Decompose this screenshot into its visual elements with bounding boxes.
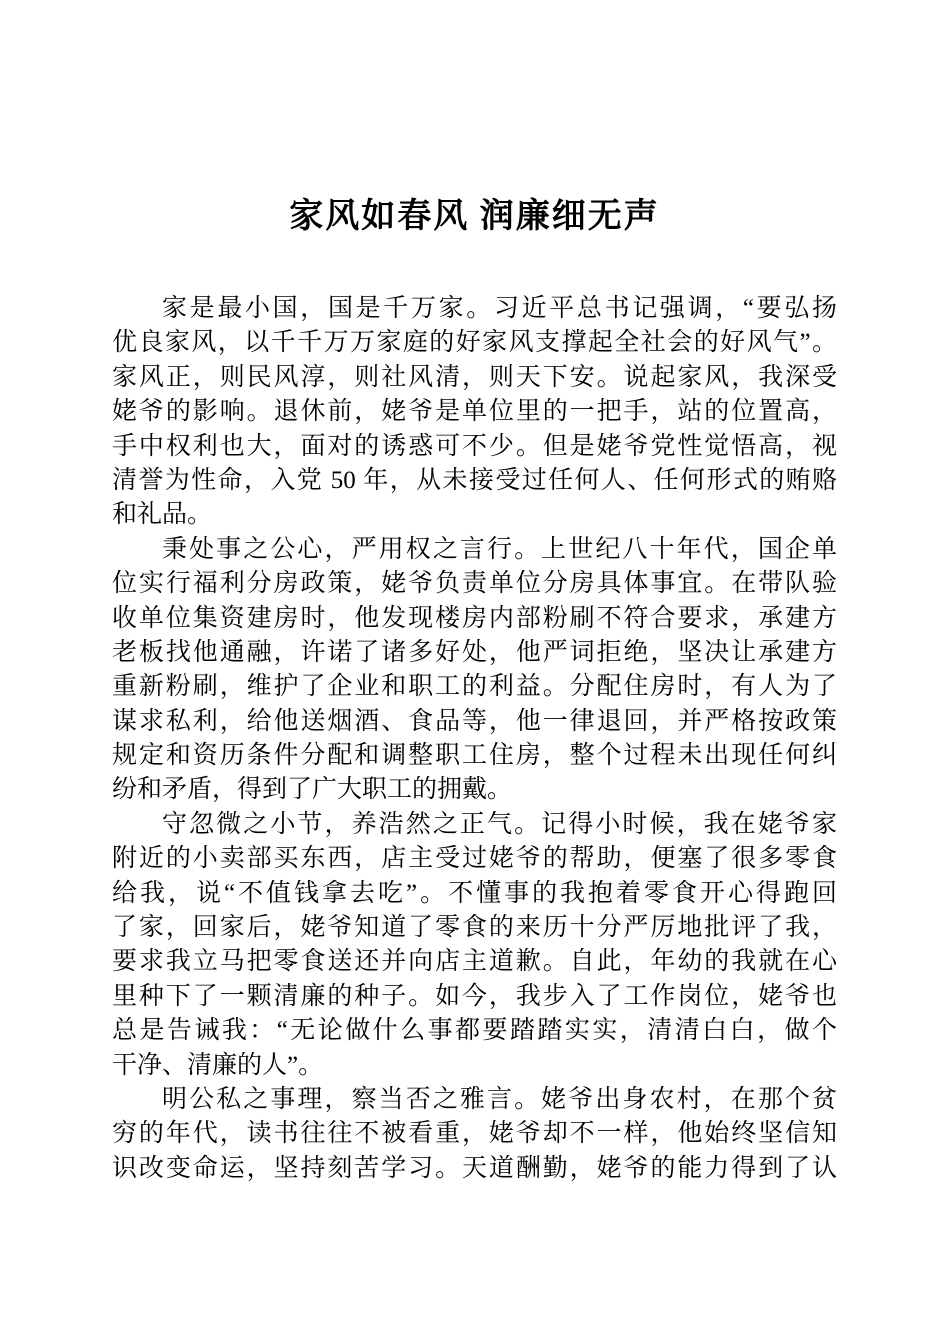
text-line: 识改变命运，坚持刻苦学习。天道酬勤，姥爷的能力得到了认 bbox=[112, 1152, 837, 1186]
text-line: 收单位集资建房时，他发现楼房内部粉刷不符合要求，承建方 bbox=[112, 602, 837, 636]
document-title: 家风如春风 润廉细无声 bbox=[112, 0, 837, 239]
text-line: 规定和资历条件分配和调整职工住房，整个过程未出现任何纠 bbox=[112, 739, 837, 773]
text-line: 明公私之事理，察当否之雅言。姥爷出身农村，在那个贫 bbox=[112, 1083, 837, 1117]
text-line: 总是告诫我：“无论做什么事都要踏踏实实，清清白白，做个 bbox=[112, 1014, 837, 1048]
text-line: 谋求私利，给他送烟酒、食品等，他一律退回，并严格按政策 bbox=[112, 705, 837, 739]
document-page: 家风如春风 润廉细无声 家是最小国，国是千万家。习近平总书记强调，“要弘扬优良家… bbox=[0, 0, 950, 1186]
text-line: 位实行福利分房政策，姥爷负责单位分房具体事宜。在带队验 bbox=[112, 567, 837, 601]
text-line: 清誉为性命，入党 50 年，从未接受过任何人、任何形式的贿赂 bbox=[112, 464, 837, 498]
text-line: 家是最小国，国是千万家。习近平总书记强调，“要弘扬 bbox=[112, 292, 837, 326]
text-line: 优良家风，以千千万万家庭的好家风支撑起全社会的好风气”。 bbox=[112, 326, 837, 360]
text-line: 纷和矛盾，得到了广大职工的拥戴。 bbox=[112, 773, 837, 807]
text-line: 和礼品。 bbox=[112, 498, 837, 532]
text-line: 重新粉刷，维护了企业和职工的利益。分配住房时，有人为了 bbox=[112, 670, 837, 704]
text-line: 家风正，则民风淳，则社风清，则天下安。说起家风，我深受 bbox=[112, 361, 837, 395]
text-line: 老板找他通融，许诺了诸多好处，他严词拒绝，坚决让承建方 bbox=[112, 636, 837, 670]
text-line: 附近的小卖部买东西，店主受过姥爷的帮助，便塞了很多零食 bbox=[112, 842, 837, 876]
text-line: 守忽微之小节，养浩然之正气。记得小时候，我在姥爷家 bbox=[112, 808, 837, 842]
text-line: 要求我立马把零食送还并向店主道歉。自此，年幼的我就在心 bbox=[112, 945, 837, 979]
text-line: 了家，回家后，姥爷知道了零食的来历十分严厉地批评了我， bbox=[112, 911, 837, 945]
text-line: 里种下了一颗清廉的种子。如今，我步入了工作岗位，姥爷也 bbox=[112, 980, 837, 1014]
text-line: 手中权利也大，面对的诱惑可不少。但是姥爷党性觉悟高，视 bbox=[112, 430, 837, 464]
text-line: 秉处事之公心，严用权之言行。上世纪八十年代，国企单 bbox=[112, 533, 837, 567]
text-line: 姥爷的影响。退休前，姥爷是单位里的一把手，站的位置高， bbox=[112, 395, 837, 429]
document-body: 家是最小国，国是千万家。习近平总书记强调，“要弘扬优良家风，以千千万万家庭的好家… bbox=[112, 292, 837, 1186]
text-line: 穷的年代，读书往往不被看重，姥爷却不一样，他始终坚信知 bbox=[112, 1117, 837, 1151]
text-line: 干净、清廉的人”。 bbox=[112, 1049, 837, 1083]
text-line: 给我，说“不值钱拿去吃”。不懂事的我抱着零食开心得跑回 bbox=[112, 877, 837, 911]
